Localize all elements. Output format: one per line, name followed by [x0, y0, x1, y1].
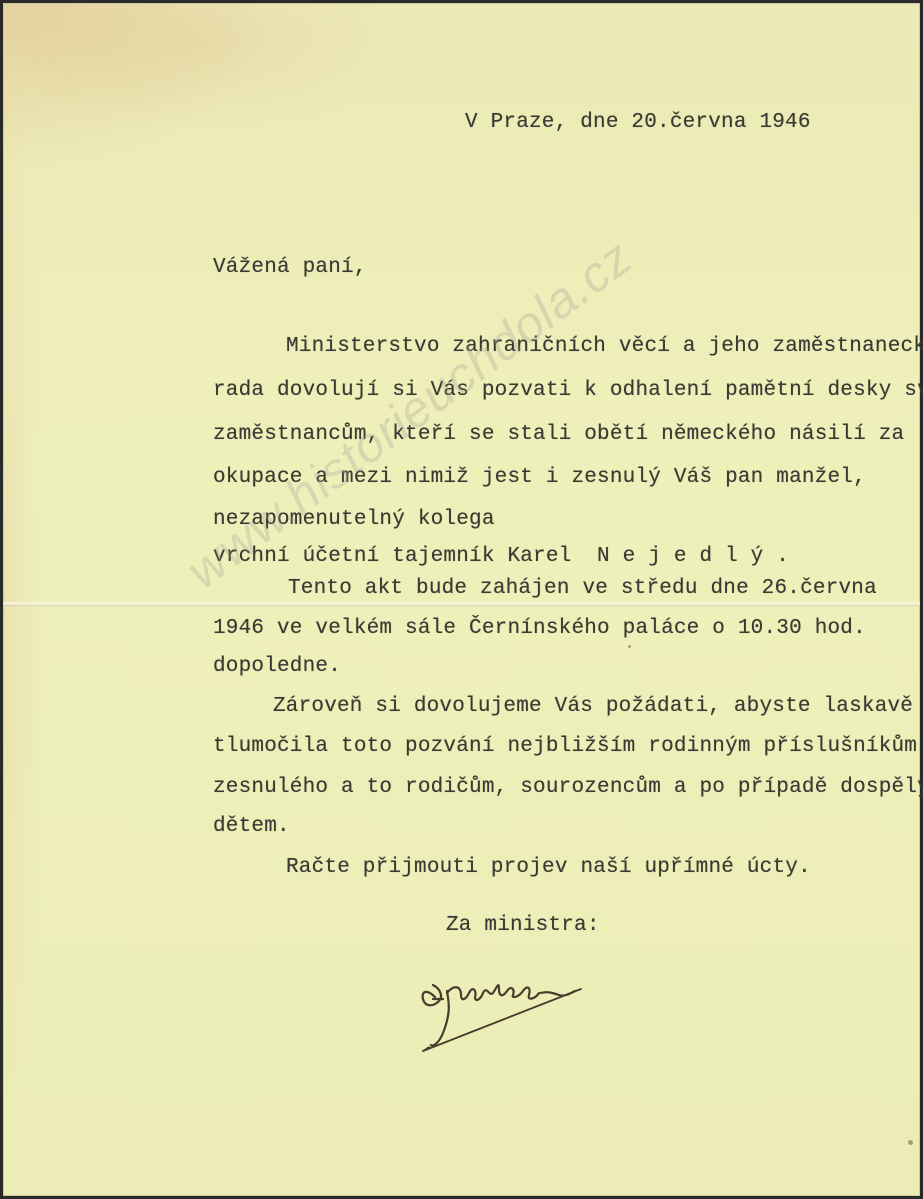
body-line-deceased-name: vrchní účetní tajemník Karel N e j e d l… — [213, 545, 789, 568]
handwritten-signature-icon — [403, 963, 623, 1083]
body-line: Tento akt bude zahájen ve středu dne 26.… — [288, 577, 877, 600]
body-line: Ministerstvo zahraničních věcí a jeho za… — [286, 335, 923, 358]
date-line: V Praze, dne 20.června 1946 — [465, 111, 811, 134]
closing-line: Za ministra: — [446, 914, 600, 937]
body-line: 1946 ve velkém sále Černínského paláce o… — [213, 617, 866, 640]
body-line: rada dovolují si Vás pozvati k odhalení … — [213, 379, 923, 402]
paper-speck — [908, 1140, 913, 1145]
paper-speck — [628, 645, 631, 648]
body-line: zesnulého a to rodičům, sourozencům a po… — [213, 776, 923, 799]
salutation: Vážená paní, — [213, 256, 367, 279]
body-line: okupace a mezi nimiž jest i zesnulý Váš … — [213, 466, 866, 489]
paper-fold-crease — [3, 601, 920, 607]
body-line: zaměstnancům, kteří se stali obětí němec… — [213, 423, 904, 446]
body-line: Zároveň si dovolujeme Vás požádati, abys… — [273, 695, 913, 718]
letter-page: V Praze, dne 20.června 1946 Vážená paní,… — [3, 3, 920, 1196]
body-line: dětem. — [213, 815, 290, 838]
body-line-regards: Račte přijmouti projev naší upřímné úcty… — [286, 856, 811, 879]
body-line: tlumočila toto pozvání nejbližším rodinn… — [213, 735, 917, 758]
body-line: nezapomenutelný kolega — [213, 508, 495, 531]
body-line: dopoledne. — [213, 655, 341, 678]
